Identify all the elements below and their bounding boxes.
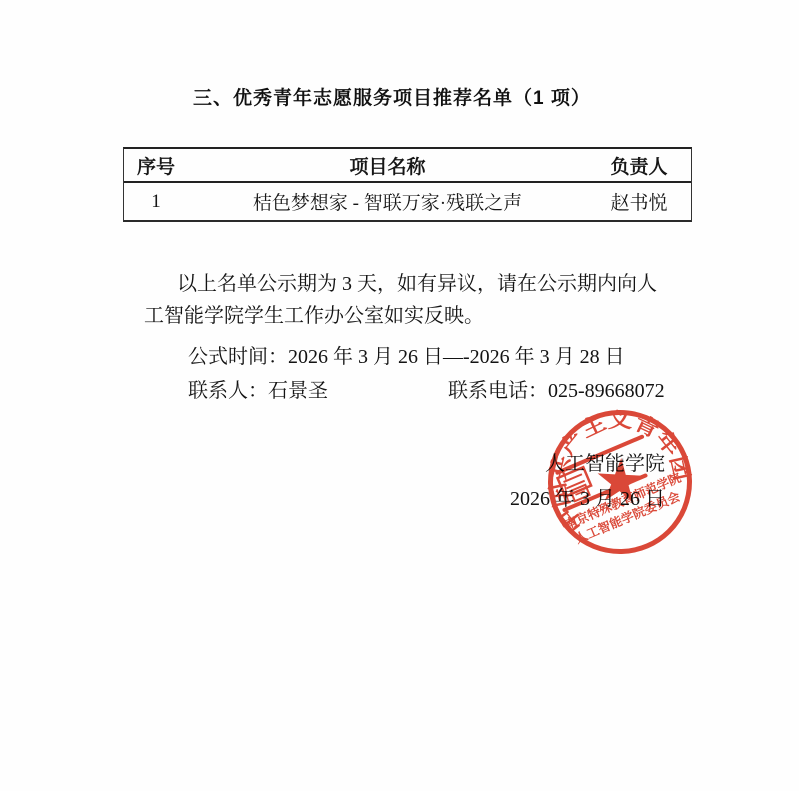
- header-serial: 序号: [124, 152, 188, 179]
- header-project-name: 项目名称: [188, 152, 587, 179]
- notice-line-2: 工智能学院学生工作办公室如实反映。: [144, 299, 484, 328]
- official-seal: 中国共产主义青年团 南京特殊教育师范学院 人工智能学院委员会: [535, 397, 715, 577]
- notice-line-1: 以上名单公示期为 3 天，如有异议，请在公示期内向人: [177, 267, 657, 296]
- cell-project-name: 桔色梦想家 - 智联万家·残联之声: [188, 188, 587, 215]
- recommendation-table: 序号 项目名称 负责人 1 桔色梦想家 - 智联万家·残联之声 赵书悦: [123, 147, 692, 222]
- table-row: 1 桔色梦想家 - 智联万家·残联之声 赵书悦: [124, 183, 691, 220]
- page-title: 三、优秀青年志愿服务项目推荐名单（1 项）: [193, 83, 591, 110]
- header-leader: 负责人: [587, 152, 691, 179]
- publicity-time: 公式时间：2026 年 3 月 26 日—-2026 年 3 月 28 日: [188, 340, 625, 369]
- table-header-row: 序号 项目名称 负责人: [124, 149, 691, 183]
- cell-leader: 赵书悦: [587, 188, 691, 215]
- document-page: 三、优秀青年志愿服务项目推荐名单（1 项） 序号 项目名称 负责人 1 桔色梦想…: [0, 0, 799, 791]
- cell-serial: 1: [124, 191, 188, 213]
- contact-person: 联系人：石景圣: [188, 374, 328, 403]
